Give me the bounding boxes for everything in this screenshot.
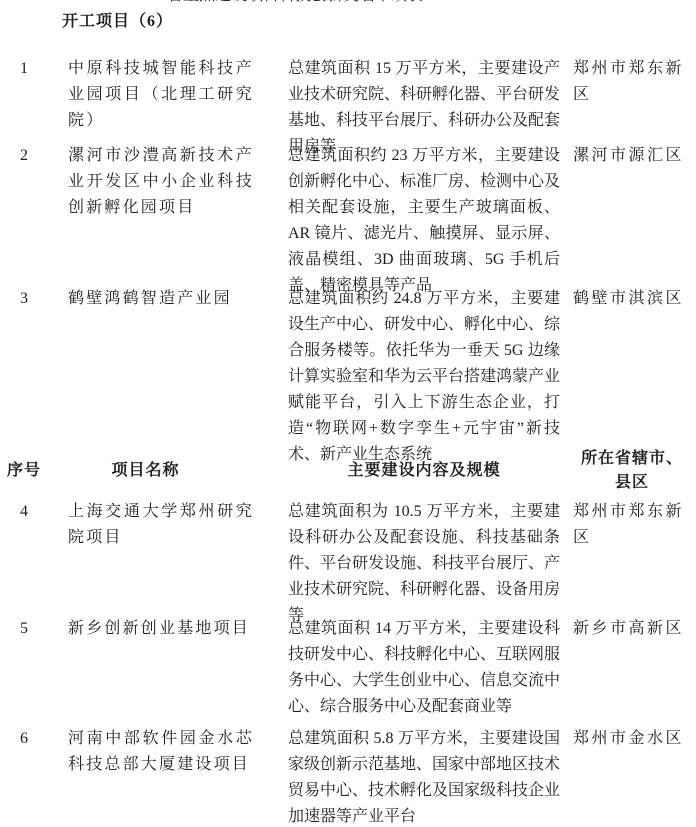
clipped-top-text: 省重点建设项目科技创新类名单续表 bbox=[167, 0, 439, 6]
project-location: 新乡市高新区 bbox=[573, 616, 691, 642]
project-content: 总建筑面积为 10.5 万平方米，主要建设科研办公及配套设施、科技基础条件、平台… bbox=[288, 499, 560, 629]
row-index: 3 bbox=[0, 286, 48, 312]
project-location: 郑州市金水区 bbox=[573, 726, 691, 752]
header-index: 序号 bbox=[0, 446, 48, 483]
project-content: 总建筑面积 5.8 万平方米，主要建设国家级创新示范基地、国家中部地区技术贸易中… bbox=[288, 726, 560, 827]
clipped-top-text-fragment: 省重点建设项目科技创新类名单续表 bbox=[167, 0, 439, 5]
project-content: 总建筑面积 14 万平方米，主要建设科技研发中心、科技孵化中心、互联网服务中心、… bbox=[288, 616, 560, 720]
document-page: 省重点建设项目科技创新类名单续表 开工项目（6） 1 中原科技城智能科技产业园项… bbox=[0, 0, 696, 827]
header-project-name: 项目名称 bbox=[68, 446, 223, 483]
header-content: 主要建设内容及规模 bbox=[288, 446, 560, 483]
row-index: 6 bbox=[0, 726, 48, 752]
row-index: 2 bbox=[0, 143, 48, 169]
project-name: 河南中部软件园金水芯科技总部大厦建设项目 bbox=[68, 726, 254, 778]
project-location: 漯河市源汇区 bbox=[573, 143, 691, 169]
project-location: 郑州市郑东新区 bbox=[573, 499, 691, 551]
header-location: 所在省辖市、县区 bbox=[573, 446, 691, 495]
row-index: 5 bbox=[0, 616, 48, 642]
project-name: 鹤壁鸿鹤智造产业园 bbox=[68, 286, 254, 312]
project-name: 新乡创新创业基地项目 bbox=[68, 616, 254, 642]
project-location: 鹤壁市淇滨区 bbox=[573, 286, 691, 312]
row-index: 4 bbox=[0, 499, 48, 525]
row-index: 1 bbox=[0, 56, 48, 82]
project-content: 总建筑面积约 23 万平方米，主要建设创新孵化中心、标准厂房、检测中心及相关配套… bbox=[288, 143, 560, 299]
project-name: 中原科技城智能科技产业园项目（北理工研究院） bbox=[68, 56, 254, 134]
project-location: 郑州市郑东新区 bbox=[573, 56, 691, 108]
section-title: 开工项目（6） bbox=[62, 8, 173, 31]
project-name: 上海交通大学郑州研究院项目 bbox=[68, 499, 254, 551]
project-content: 总建筑面积约 24.8 万平方米，主要建设生产中心、研发中心、孵化中心、综合服务… bbox=[288, 286, 560, 468]
project-name: 漯河市沙澧高新技术产业开发区中小企业科技创新孵化园项目 bbox=[68, 143, 254, 221]
